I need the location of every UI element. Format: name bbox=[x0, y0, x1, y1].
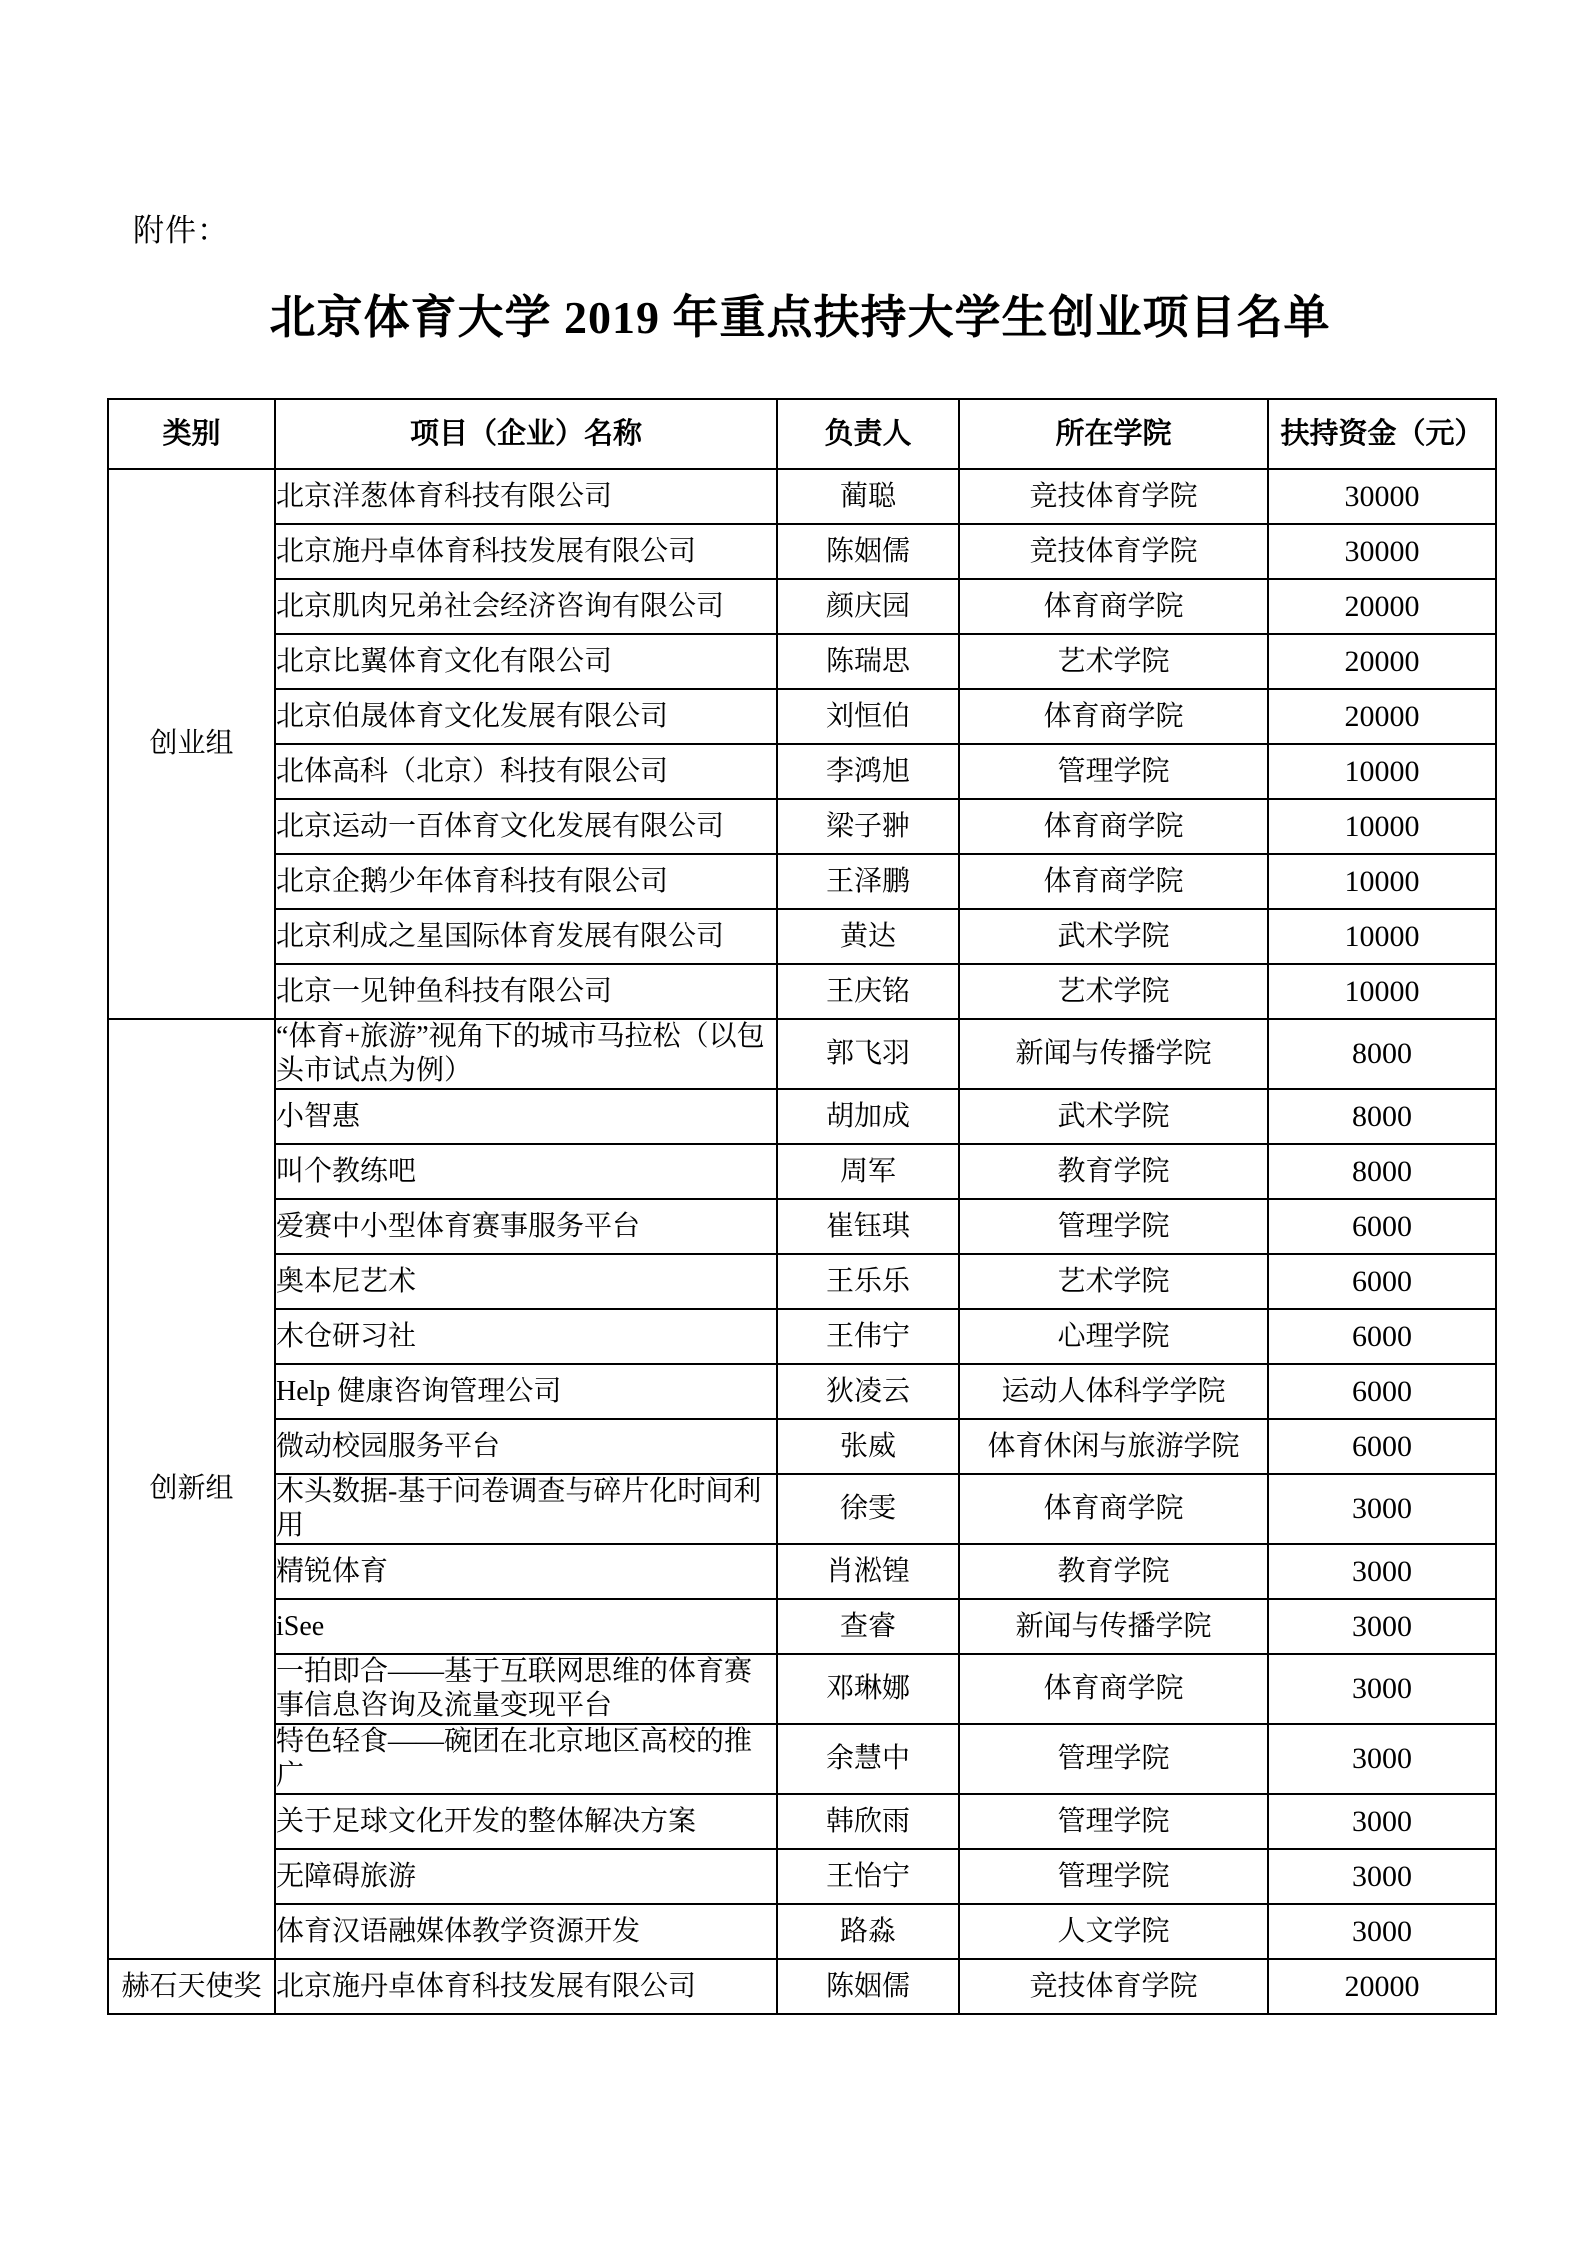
project-name-cell: 奥本尼艺术 bbox=[275, 1254, 777, 1309]
table-row: 关于足球文化开发的整体解决方案韩欣雨管理学院3000 bbox=[108, 1794, 1496, 1849]
table-row: 北京运动一百体育文化发展有限公司梁子翀体育商学院10000 bbox=[108, 799, 1496, 854]
table-row: 爱赛中小型体育赛事服务平台崔钰琪管理学院6000 bbox=[108, 1199, 1496, 1254]
college-cell: 体育休闲与旅游学院 bbox=[959, 1419, 1268, 1474]
table-body: 创业组北京洋葱体育科技有限公司蔺聪竞技体育学院30000北京施丹卓体育科技发展有… bbox=[108, 469, 1496, 2014]
college-cell: 体育商学院 bbox=[959, 689, 1268, 744]
leader-cell: 梁子翀 bbox=[777, 799, 959, 854]
table-row: 赫石天使奖北京施丹卓体育科技发展有限公司陈姻儒竞技体育学院20000 bbox=[108, 1959, 1496, 2014]
project-name-cell: 微动校园服务平台 bbox=[275, 1419, 777, 1474]
table-row: iSee查睿新闻与传播学院3000 bbox=[108, 1599, 1496, 1654]
project-name-cell: 北京施丹卓体育科技发展有限公司 bbox=[275, 524, 777, 579]
leader-cell: 刘恒伯 bbox=[777, 689, 959, 744]
fund-cell: 6000 bbox=[1268, 1199, 1496, 1254]
leader-cell: 余慧中 bbox=[777, 1724, 959, 1794]
college-cell: 教育学院 bbox=[959, 1144, 1268, 1199]
project-name-cell: 无障碍旅游 bbox=[275, 1849, 777, 1904]
page-title: 北京体育大学 2019 年重点扶持大学生创业项目名单 bbox=[60, 281, 1540, 347]
leader-cell: 周军 bbox=[777, 1144, 959, 1199]
project-name-cell: “体育+旅游”视角下的城市马拉松（以包头市试点为例） bbox=[275, 1019, 777, 1089]
table-row: 微动校园服务平台张威体育休闲与旅游学院6000 bbox=[108, 1419, 1496, 1474]
college-cell: 竞技体育学院 bbox=[959, 469, 1268, 524]
college-cell: 武术学院 bbox=[959, 1089, 1268, 1144]
leader-cell: 王泽鹏 bbox=[777, 854, 959, 909]
leader-cell: 路淼 bbox=[777, 1904, 959, 1959]
fund-cell: 6000 bbox=[1268, 1364, 1496, 1419]
leader-cell: 王怡宁 bbox=[777, 1849, 959, 1904]
table-header: 类别项目（企业）名称负责人所在学院扶持资金（元） bbox=[108, 399, 1496, 469]
leader-cell: 胡加成 bbox=[777, 1089, 959, 1144]
leader-cell: 狄凌云 bbox=[777, 1364, 959, 1419]
project-name-cell: 体育汉语融媒体教学资源开发 bbox=[275, 1904, 777, 1959]
table-row: 一拍即合——基于互联网思维的体育赛事信息咨询及流量变现平台邓琳娜体育商学院300… bbox=[108, 1654, 1496, 1724]
category-cell: 创业组 bbox=[108, 469, 275, 1019]
fund-cell: 3000 bbox=[1268, 1904, 1496, 1959]
table-row: 北京一见钟鱼科技有限公司王庆铭艺术学院10000 bbox=[108, 964, 1496, 1019]
college-cell: 新闻与传播学院 bbox=[959, 1019, 1268, 1089]
project-name-cell: 北体高科（北京）科技有限公司 bbox=[275, 744, 777, 799]
projects-table: 类别项目（企业）名称负责人所在学院扶持资金（元） 创业组北京洋葱体育科技有限公司… bbox=[107, 398, 1497, 2015]
college-cell: 心理学院 bbox=[959, 1309, 1268, 1364]
project-name-cell: 北京施丹卓体育科技发展有限公司 bbox=[275, 1959, 777, 2014]
category-cell: 赫石天使奖 bbox=[108, 1959, 275, 2014]
project-name-cell: 北京伯晟体育文化发展有限公司 bbox=[275, 689, 777, 744]
table-row: 小智惠胡加成武术学院8000 bbox=[108, 1089, 1496, 1144]
project-name-cell: Help 健康咨询管理公司 bbox=[275, 1364, 777, 1419]
leader-cell: 张威 bbox=[777, 1419, 959, 1474]
project-name-cell: 小智惠 bbox=[275, 1089, 777, 1144]
college-cell: 管理学院 bbox=[959, 744, 1268, 799]
fund-cell: 10000 bbox=[1268, 909, 1496, 964]
table-row: 北京肌肉兄弟社会经济咨询有限公司颜庆园体育商学院20000 bbox=[108, 579, 1496, 634]
leader-cell: 颜庆园 bbox=[777, 579, 959, 634]
column-header-college: 所在学院 bbox=[959, 399, 1268, 469]
table-row: 木头数据-基于问卷调查与碎片化时间利用徐雯体育商学院3000 bbox=[108, 1474, 1496, 1544]
table-row: 奥本尼艺术王乐乐艺术学院6000 bbox=[108, 1254, 1496, 1309]
fund-cell: 10000 bbox=[1268, 744, 1496, 799]
column-header-fund: 扶持资金（元） bbox=[1268, 399, 1496, 469]
column-header-project-name: 项目（企业）名称 bbox=[275, 399, 777, 469]
college-cell: 教育学院 bbox=[959, 1544, 1268, 1599]
leader-cell: 郭飞羽 bbox=[777, 1019, 959, 1089]
table-row: 精锐体育肖淞锽教育学院3000 bbox=[108, 1544, 1496, 1599]
fund-cell: 8000 bbox=[1268, 1144, 1496, 1199]
leader-cell: 肖淞锽 bbox=[777, 1544, 959, 1599]
college-cell: 新闻与传播学院 bbox=[959, 1599, 1268, 1654]
fund-cell: 8000 bbox=[1268, 1089, 1496, 1144]
fund-cell: 20000 bbox=[1268, 689, 1496, 744]
fund-cell: 3000 bbox=[1268, 1724, 1496, 1794]
college-cell: 武术学院 bbox=[959, 909, 1268, 964]
project-name-cell: 北京利成之星国际体育发展有限公司 bbox=[275, 909, 777, 964]
fund-cell: 3000 bbox=[1268, 1599, 1496, 1654]
fund-cell: 20000 bbox=[1268, 579, 1496, 634]
leader-cell: 黄达 bbox=[777, 909, 959, 964]
table-row: 北京施丹卓体育科技发展有限公司陈姻儒竞技体育学院30000 bbox=[108, 524, 1496, 579]
college-cell: 管理学院 bbox=[959, 1724, 1268, 1794]
fund-cell: 10000 bbox=[1268, 799, 1496, 854]
table-row: 北体高科（北京）科技有限公司李鸿旭管理学院10000 bbox=[108, 744, 1496, 799]
leader-cell: 查睿 bbox=[777, 1599, 959, 1654]
leader-cell: 王乐乐 bbox=[777, 1254, 959, 1309]
category-cell: 创新组 bbox=[108, 1019, 275, 1959]
fund-cell: 3000 bbox=[1268, 1544, 1496, 1599]
project-name-cell: iSee bbox=[275, 1599, 777, 1654]
table-row: 创新组“体育+旅游”视角下的城市马拉松（以包头市试点为例）郭飞羽新闻与传播学院8… bbox=[108, 1019, 1496, 1089]
table-row: 创业组北京洋葱体育科技有限公司蔺聪竞技体育学院30000 bbox=[108, 469, 1496, 524]
college-cell: 艺术学院 bbox=[959, 964, 1268, 1019]
fund-cell: 3000 bbox=[1268, 1849, 1496, 1904]
fund-cell: 30000 bbox=[1268, 469, 1496, 524]
project-name-cell: 北京运动一百体育文化发展有限公司 bbox=[275, 799, 777, 854]
project-name-cell: 特色轻食——碗团在北京地区高校的推广 bbox=[275, 1724, 777, 1794]
fund-cell: 6000 bbox=[1268, 1254, 1496, 1309]
project-name-cell: 北京洋葱体育科技有限公司 bbox=[275, 469, 777, 524]
fund-cell: 6000 bbox=[1268, 1309, 1496, 1364]
college-cell: 体育商学院 bbox=[959, 1654, 1268, 1724]
document-page: 附件： 北京体育大学 2019 年重点扶持大学生创业项目名单 类别项目（企业）名… bbox=[0, 0, 1587, 2245]
leader-cell: 陈瑞思 bbox=[777, 634, 959, 689]
college-cell: 艺术学院 bbox=[959, 1254, 1268, 1309]
project-name-cell: 木头数据-基于问卷调查与碎片化时间利用 bbox=[275, 1474, 777, 1544]
header-row: 类别项目（企业）名称负责人所在学院扶持资金（元） bbox=[108, 399, 1496, 469]
college-cell: 管理学院 bbox=[959, 1199, 1268, 1254]
fund-cell: 6000 bbox=[1268, 1419, 1496, 1474]
project-name-cell: 北京一见钟鱼科技有限公司 bbox=[275, 964, 777, 1019]
table-row: 叫个教练吧周军教育学院8000 bbox=[108, 1144, 1496, 1199]
college-cell: 艺术学院 bbox=[959, 634, 1268, 689]
fund-cell: 10000 bbox=[1268, 854, 1496, 909]
college-cell: 管理学院 bbox=[959, 1849, 1268, 1904]
project-name-cell: 北京肌肉兄弟社会经济咨询有限公司 bbox=[275, 579, 777, 634]
leader-cell: 王庆铭 bbox=[777, 964, 959, 1019]
college-cell: 人文学院 bbox=[959, 1904, 1268, 1959]
leader-cell: 徐雯 bbox=[777, 1474, 959, 1544]
table-row: 特色轻食——碗团在北京地区高校的推广余慧中管理学院3000 bbox=[108, 1724, 1496, 1794]
fund-cell: 20000 bbox=[1268, 1959, 1496, 2014]
leader-cell: 李鸿旭 bbox=[777, 744, 959, 799]
project-name-cell: 一拍即合——基于互联网思维的体育赛事信息咨询及流量变现平台 bbox=[275, 1654, 777, 1724]
fund-cell: 20000 bbox=[1268, 634, 1496, 689]
attachment-label: 附件： bbox=[133, 205, 229, 250]
college-cell: 运动人体科学学院 bbox=[959, 1364, 1268, 1419]
fund-cell: 10000 bbox=[1268, 964, 1496, 1019]
table-row: 北京伯晟体育文化发展有限公司刘恒伯体育商学院20000 bbox=[108, 689, 1496, 744]
project-name-cell: 叫个教练吧 bbox=[275, 1144, 777, 1199]
table-row: 北京企鹅少年体育科技有限公司王泽鹏体育商学院10000 bbox=[108, 854, 1496, 909]
college-cell: 体育商学院 bbox=[959, 799, 1268, 854]
college-cell: 竞技体育学院 bbox=[959, 1959, 1268, 2014]
fund-cell: 30000 bbox=[1268, 524, 1496, 579]
project-name-cell: 精锐体育 bbox=[275, 1544, 777, 1599]
fund-cell: 8000 bbox=[1268, 1019, 1496, 1089]
college-cell: 竞技体育学院 bbox=[959, 524, 1268, 579]
fund-cell: 3000 bbox=[1268, 1794, 1496, 1849]
college-cell: 体育商学院 bbox=[959, 579, 1268, 634]
leader-cell: 邓琳娜 bbox=[777, 1654, 959, 1724]
column-header-leader: 负责人 bbox=[777, 399, 959, 469]
table-row: 北京比翼体育文化有限公司陈瑞思艺术学院20000 bbox=[108, 634, 1496, 689]
column-header-category: 类别 bbox=[108, 399, 275, 469]
leader-cell: 王伟宁 bbox=[777, 1309, 959, 1364]
project-name-cell: 关于足球文化开发的整体解决方案 bbox=[275, 1794, 777, 1849]
college-cell: 体育商学院 bbox=[959, 1474, 1268, 1544]
project-name-cell: 木仓研习社 bbox=[275, 1309, 777, 1364]
table-row: 北京利成之星国际体育发展有限公司黄达武术学院10000 bbox=[108, 909, 1496, 964]
leader-cell: 崔钰琪 bbox=[777, 1199, 959, 1254]
leader-cell: 陈姻儒 bbox=[777, 524, 959, 579]
leader-cell: 韩欣雨 bbox=[777, 1794, 959, 1849]
table-row: 无障碍旅游王怡宁管理学院3000 bbox=[108, 1849, 1496, 1904]
table-row: Help 健康咨询管理公司狄凌云运动人体科学学院6000 bbox=[108, 1364, 1496, 1419]
project-name-cell: 北京企鹅少年体育科技有限公司 bbox=[275, 854, 777, 909]
leader-cell: 蔺聪 bbox=[777, 469, 959, 524]
table-row: 体育汉语融媒体教学资源开发路淼人文学院3000 bbox=[108, 1904, 1496, 1959]
table-row: 木仓研习社王伟宁心理学院6000 bbox=[108, 1309, 1496, 1364]
college-cell: 管理学院 bbox=[959, 1794, 1268, 1849]
project-name-cell: 爱赛中小型体育赛事服务平台 bbox=[275, 1199, 777, 1254]
leader-cell: 陈姻儒 bbox=[777, 1959, 959, 2014]
project-name-cell: 北京比翼体育文化有限公司 bbox=[275, 634, 777, 689]
fund-cell: 3000 bbox=[1268, 1474, 1496, 1544]
college-cell: 体育商学院 bbox=[959, 854, 1268, 909]
fund-cell: 3000 bbox=[1268, 1654, 1496, 1724]
